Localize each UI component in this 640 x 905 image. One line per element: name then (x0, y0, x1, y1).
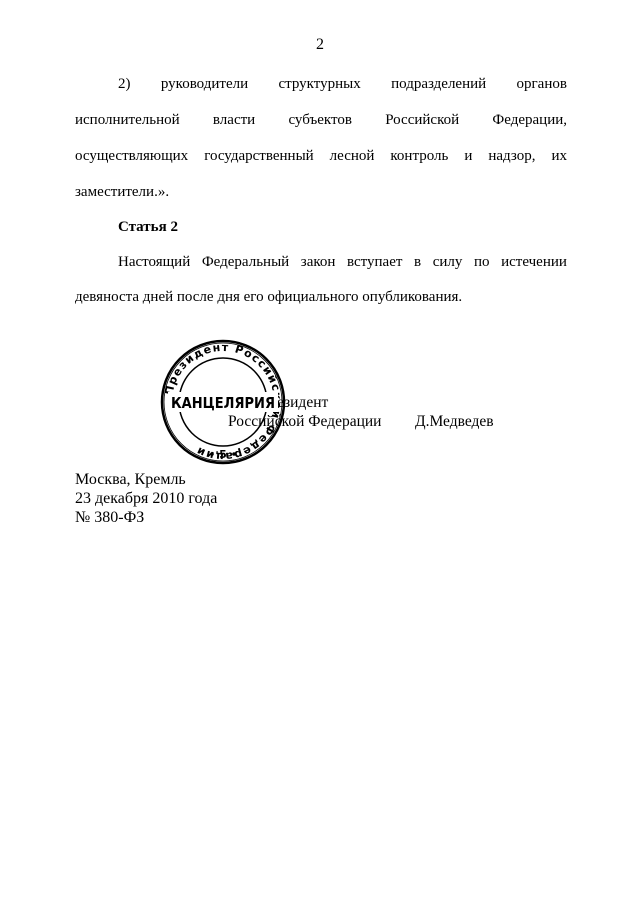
signature-name: Д.Медведев (415, 413, 494, 431)
page-number: 2 (0, 36, 640, 54)
word: осуществляющих (75, 148, 188, 165)
article2-line2: девяноста дней после дня его официальног… (75, 289, 462, 306)
word: государственный (204, 148, 313, 165)
word: руководители (161, 76, 248, 93)
word: в (414, 254, 421, 271)
word: 2) (118, 76, 131, 93)
item2-line2: исполнительной власти субъектов Российск… (75, 112, 567, 129)
article-heading: Статья 2 (118, 219, 178, 236)
word: контроль (390, 148, 448, 165)
word: Настоящий (118, 254, 190, 271)
item2-line3: осуществляющих государственный лесной ко… (75, 148, 567, 165)
word: закон (301, 254, 336, 271)
word: силу (433, 254, 463, 271)
seal-number: 5 (219, 448, 227, 461)
official-seal: Президент Российской Федерации КАНЦЕЛЯРИ… (160, 339, 286, 465)
word: органов (517, 76, 567, 93)
word: структурных (278, 76, 360, 93)
seal-center-text: КАНЦЕЛЯРИЯ (171, 394, 275, 412)
word: их (551, 148, 567, 165)
article2-line1: Настоящий Федеральный закон вступает в с… (118, 254, 567, 271)
footer-law-number: № 380-ФЗ (75, 508, 144, 527)
word: истечении (501, 254, 567, 271)
word: субъектов (288, 112, 351, 129)
word: лесной (330, 148, 375, 165)
word: Российской (385, 112, 459, 129)
item2-line4: заместители.». (75, 184, 169, 201)
item2-line1: 2) руководители структурных подразделени… (118, 76, 567, 93)
word: по (474, 254, 490, 271)
word: надзор, (488, 148, 535, 165)
word: и (464, 148, 472, 165)
word: подразделений (391, 76, 486, 93)
word: Федерации, (492, 112, 567, 129)
word: исполнительной (75, 112, 180, 129)
word: власти (213, 112, 255, 129)
footer-place: Москва, Кремль (75, 470, 186, 489)
word: вступает (347, 254, 402, 271)
footer-date: 23 декабря 2010 года (75, 489, 217, 508)
word: Федеральный (202, 254, 289, 271)
